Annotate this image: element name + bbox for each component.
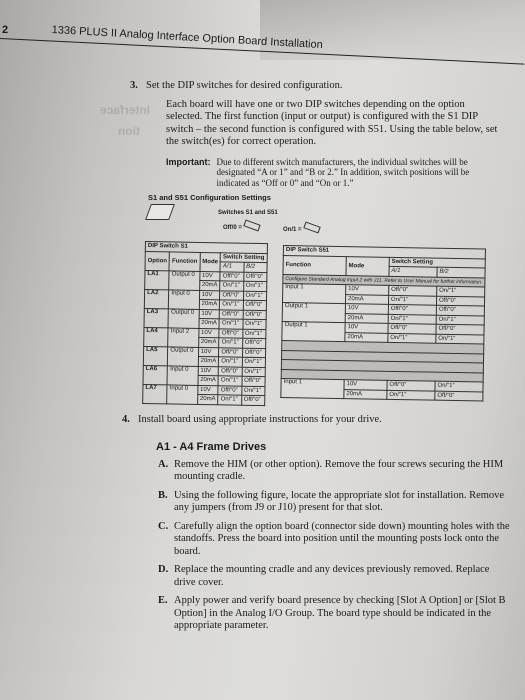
- frame-drives-heading: A1 - A4 Frame Drives: [156, 441, 510, 453]
- on-label: On/1 =: [283, 227, 302, 233]
- step-title: Install board using appropriate instruct…: [138, 414, 382, 425]
- toggle-on-icon: [303, 221, 320, 233]
- instruction-item: C.Carefully align the option board (conn…: [158, 521, 510, 559]
- option-cell: LA3: [144, 308, 169, 327]
- switch-a-cell: On/“1”: [220, 281, 243, 291]
- item-text: Apply power and verify board presence by…: [174, 595, 510, 633]
- option-cell: LA7: [143, 384, 168, 403]
- step-body: Each board will have one or two DIP swit…: [166, 99, 498, 149]
- instruction-item: A.Remove the HIM (or other option). Remo…: [158, 459, 510, 484]
- switch-a-cell: Off/“0”: [219, 309, 242, 319]
- switch-a-cell: On/“1”: [219, 338, 242, 348]
- switch-a-cell: On/“1”: [218, 376, 241, 386]
- bleed-through-text: Interface: [100, 103, 150, 117]
- item-text: Carefully align the option board (connec…: [174, 521, 510, 559]
- switch-a-cell: On/“1”: [220, 300, 243, 310]
- switch-b-cell: On/“1”: [243, 281, 266, 291]
- item-letter: C.: [158, 521, 174, 559]
- switches-label: Switches S1 and S51: [218, 210, 278, 216]
- off-legend: Off/0 =: [223, 222, 260, 231]
- function-cell: Input 0: [169, 289, 200, 309]
- col-mode: Mode: [346, 256, 389, 276]
- col-option: Option: [145, 251, 170, 270]
- item-letter: A.: [158, 459, 174, 484]
- switch-a-cell: On/“1”: [219, 319, 242, 329]
- col-function: Function: [283, 255, 346, 275]
- switch-a-cell: On/“1”: [387, 390, 435, 400]
- config-section-title: S1 and S51 Configuration Settings: [148, 193, 271, 202]
- mode-cell: 20mA: [198, 337, 219, 347]
- switch-illustration: Switches S1 and S51 Off/0 = On/1 =: [148, 204, 378, 234]
- step-number: 4.: [122, 414, 138, 427]
- switch-a-cell: On/“1”: [219, 357, 242, 367]
- page-shadow: [260, 0, 525, 60]
- function-cell: Input 1: [282, 284, 345, 304]
- col-mode: Mode: [200, 252, 221, 271]
- switch-b-cell: On/“1”: [242, 367, 265, 377]
- bleed-through-text: tion: [118, 124, 140, 138]
- function-cell: Output 0: [168, 308, 199, 328]
- switch-b-cell: On/“1”: [243, 291, 266, 301]
- col-function: Function: [169, 251, 200, 271]
- switch-b-cell: On/“1”: [242, 357, 265, 367]
- switch-a-cell: Off/“0”: [220, 290, 243, 300]
- important-label: Important:: [166, 157, 211, 189]
- function-cell: Output 0: [168, 346, 199, 366]
- option-cell: LA4: [144, 327, 169, 346]
- item-letter: E.: [158, 595, 174, 633]
- switch-b-cell: Off/“0”: [243, 310, 266, 320]
- important-text: Due to different switch manufacturers, t…: [217, 157, 499, 189]
- mode-cell: 10V: [199, 290, 220, 300]
- switch-a-cell: On/“1”: [218, 395, 241, 405]
- option-cell: LA5: [143, 346, 168, 365]
- dip-switch-icon: [145, 204, 175, 220]
- switch-a-cell: Off/“0”: [218, 385, 241, 395]
- mode-cell: 20mA: [199, 299, 220, 309]
- step-title: Set the DIP switches for desired configu…: [146, 80, 342, 91]
- item-text: Using the following figure, locate the a…: [174, 490, 510, 515]
- switch-a-cell: Off/“0”: [220, 271, 243, 281]
- step-3: 3.Set the DIP switches for desired confi…: [148, 80, 498, 188]
- step-4: 4.Install board using appropriate instru…: [140, 414, 510, 639]
- mode-cell: 20mA: [199, 280, 220, 290]
- on-legend: On/1 =: [283, 224, 320, 233]
- switch-b-cell: Off/“0”: [242, 338, 265, 348]
- switch-a-cell: Off/“0”: [219, 328, 242, 338]
- switch-b-cell: Off/“0”: [242, 376, 265, 386]
- mode-cell: 10V: [198, 328, 219, 338]
- option-cell: LA6: [143, 365, 168, 384]
- step-number: 3.: [130, 80, 146, 93]
- function-cell: Input 0: [167, 365, 198, 385]
- switch-a-cell: Off/“0”: [219, 366, 242, 376]
- mode-cell: 10V: [199, 309, 220, 319]
- toggle-off-icon: [243, 219, 260, 231]
- col-a: A/1: [220, 262, 243, 272]
- function-cell: Output 1: [282, 302, 345, 322]
- switch-b-cell: On/“1”: [242, 329, 265, 339]
- option-cell: LA2: [144, 289, 169, 308]
- mode-cell: 20mA: [199, 318, 220, 328]
- switch-b-cell: Off/“0”: [242, 348, 265, 358]
- mode-cell: 20mA: [344, 389, 387, 399]
- switch-a-cell: Off/“0”: [219, 347, 242, 357]
- dip-switch-s1-table: DIP Switch S1 Option Function Mode Switc…: [142, 241, 268, 406]
- item-letter: B.: [158, 490, 174, 515]
- switch-b-cell: Off/“0”: [243, 272, 266, 282]
- item-letter: D.: [158, 564, 174, 589]
- page-number: 2: [2, 24, 8, 36]
- col-b: B/2: [243, 262, 266, 272]
- dip-switch-s51-table: DIP Switch S51 Function Mode Switch Sett…: [280, 245, 486, 402]
- instruction-item: E.Apply power and verify board presence …: [158, 595, 510, 633]
- instruction-item: D.Replace the mounting cradle and any de…: [158, 564, 510, 589]
- function-cell: Input 0: [167, 384, 198, 404]
- mode-cell: 20mA: [197, 394, 218, 404]
- option-cell: LA1: [145, 270, 170, 289]
- function-cell: Input 1: [281, 378, 344, 398]
- item-text: Replace the mounting cradle and any devi…: [174, 564, 510, 589]
- mode-cell: 10V: [198, 366, 219, 376]
- switch-b-cell: On/“1”: [242, 319, 265, 329]
- important-note: Important: Due to different switch manuf…: [166, 157, 498, 189]
- mode-cell: 20mA: [198, 375, 219, 385]
- off-label: Off/0 =: [223, 225, 242, 231]
- mode-cell: 20mA: [198, 356, 219, 366]
- instruction-item: B.Using the following figure, locate the…: [158, 490, 510, 515]
- switch-b-cell: Off/“0”: [241, 395, 264, 405]
- function-cell: Output 0: [169, 270, 200, 290]
- instruction-list: A.Remove the HIM (or other option). Remo…: [140, 459, 510, 633]
- mode-cell: 10V: [197, 385, 218, 395]
- mode-cell: 10V: [198, 347, 219, 357]
- item-text: Remove the HIM (or other option). Remove…: [174, 459, 510, 484]
- switch-b-cell: On/“1”: [241, 386, 264, 396]
- switch-b-cell: Off/“0”: [243, 300, 266, 310]
- mode-cell: 10V: [199, 271, 220, 281]
- function-cell: Input 2: [168, 327, 199, 347]
- function-cell: Output 1: [282, 321, 345, 341]
- switch-b-cell: Off/“0”: [435, 391, 483, 401]
